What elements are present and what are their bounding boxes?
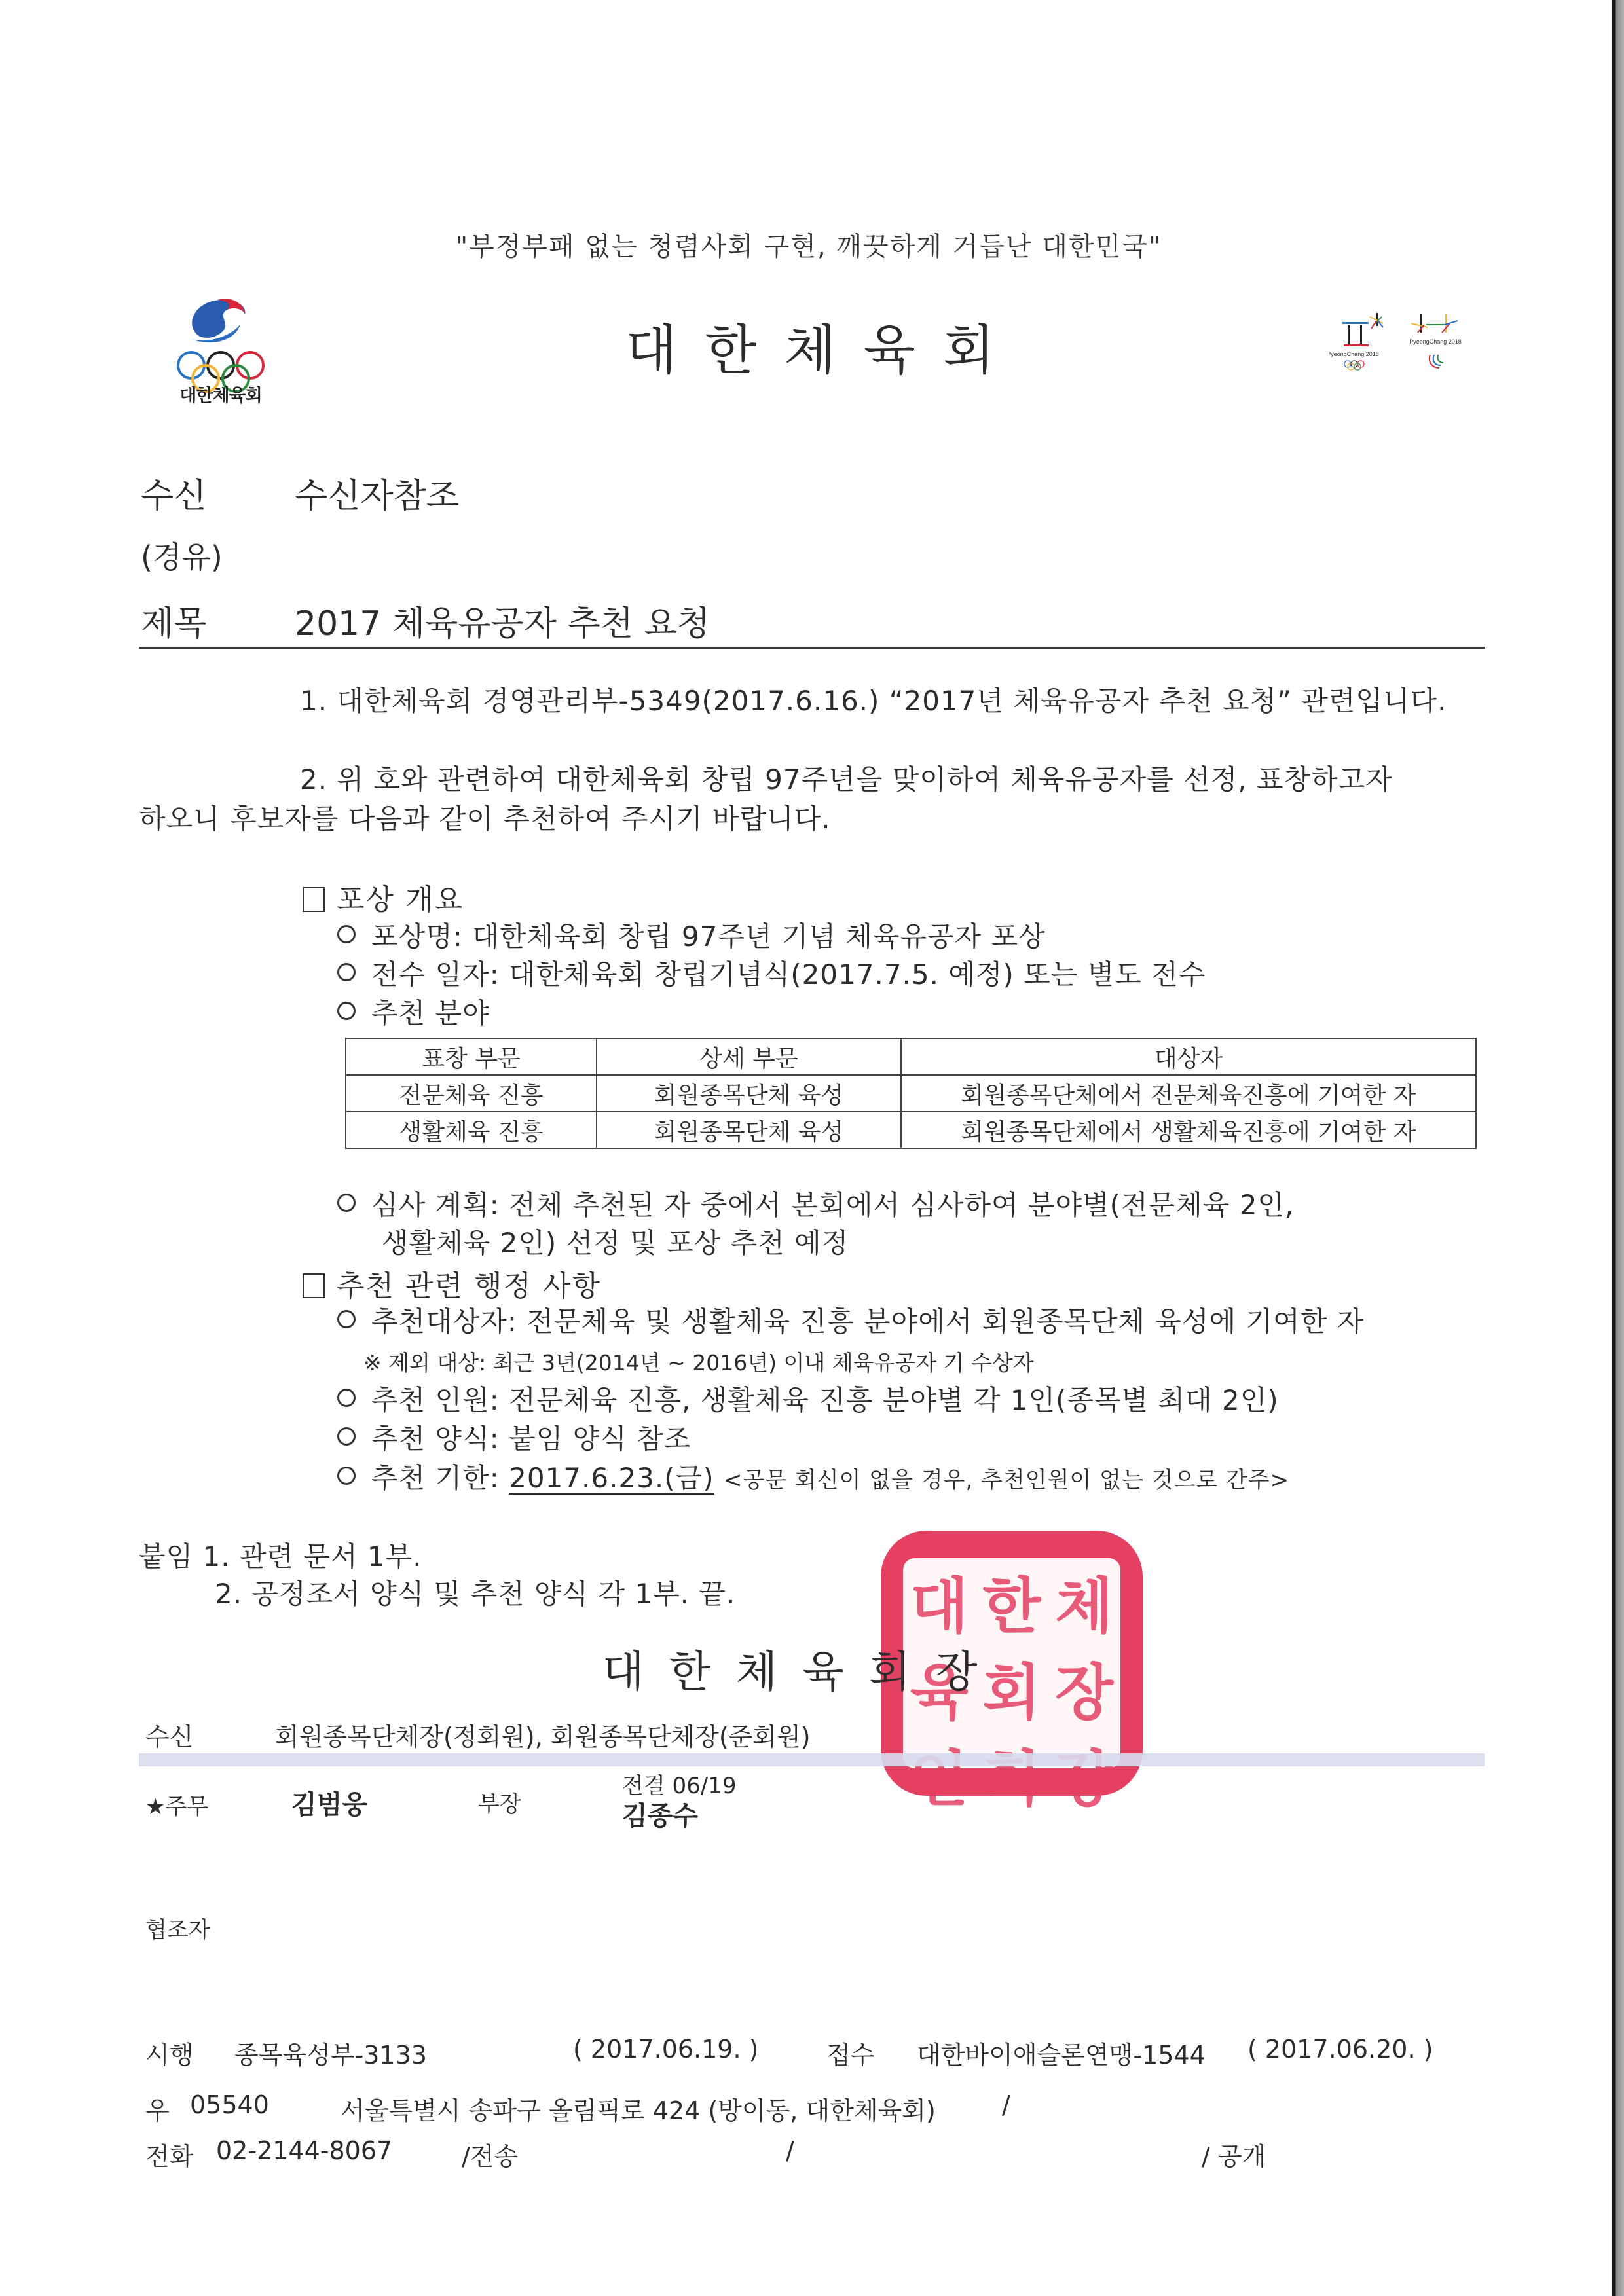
- cooperator-label: 협조자: [145, 1912, 210, 1944]
- list-item-text: 추천 인원: 전문체육 진흥, 생활체육 진흥 분야별 각 1인(종목별 최대 …: [371, 1384, 1279, 1416]
- list-item: 추천 인원: 전문체육 진흥, 생활체육 진흥 분야별 각 1인(종목별 최대 …: [337, 1379, 1279, 1418]
- section-title: 포상 개요: [337, 883, 464, 917]
- seal-char: 한: [976, 1558, 1048, 1645]
- body-paragraph-2-line-1: 2. 위 호와 관련하여 대한체육회 창립 97주년을 맞이하여 체육유공자를 …: [300, 758, 1393, 797]
- section-admin-matters: 추천 관련 행정 사항: [303, 1262, 601, 1304]
- pyeongchang-2018-logos-icon: PyeongChang 2018 PyeongChang 2018: [1329, 308, 1486, 386]
- subject-label: 제목: [141, 596, 206, 645]
- body-paragraph-2-line-2: 하오니 후보자를 다음과 같이 추천하여 주시기 바랍니다.: [139, 797, 831, 837]
- table-header-cell: 상세 부문: [597, 1038, 901, 1075]
- address: 서울특별시 송파구 올림픽로 424 (방이동, 대한체육회): [341, 2090, 936, 2126]
- list-item: 포상명: 대한체육회 창립 97주년 기념 체육유공자 포상: [337, 915, 1046, 955]
- table-cell: 회원종목단체 육성: [597, 1075, 901, 1112]
- exclusion-note: ※ 제외 대상: 최근 3년(2014년 ~ 2016년) 이내 체육유공자 기…: [363, 1346, 1034, 1377]
- award-category-table: 표창 부문 상세 부문 대상자 전문체육 진흥 회원종목단체 육성 회원종목단체…: [345, 1038, 1477, 1149]
- phone-number: 02-2144-8067: [216, 2136, 392, 2165]
- disclosure-status: / 공개: [1202, 2136, 1266, 2172]
- issue-date: ( 2017.06.19. ): [573, 2035, 758, 2064]
- svg-text:PyeongChang 2018: PyeongChang 2018: [1329, 351, 1379, 357]
- circle-bullet-icon: [337, 1427, 356, 1446]
- seal-char: 대: [903, 1558, 976, 1645]
- list-item-text: 포상명: 대한체육회 창립 97주년 기념 체육유공자 포상: [371, 920, 1046, 953]
- list-item-deadline: 추천 기한: 2017.6.23.(금) <공문 회신이 없을 경우, 추천인원…: [337, 1457, 1289, 1496]
- issue-number: 종목육성부-3133: [234, 2035, 427, 2071]
- staff-role-label: ★주무: [145, 1789, 208, 1821]
- table-header-row: 표창 부문 상세 부문 대상자: [346, 1038, 1476, 1075]
- table-header-cell: 대상자: [901, 1038, 1476, 1075]
- seal-char: 체: [1048, 1558, 1120, 1645]
- phone-label: 전화: [145, 2136, 193, 2172]
- receipt-number: 대한바이애슬론연맹-1544: [917, 2035, 1206, 2071]
- circle-bullet-icon: [337, 963, 356, 981]
- checkbox-square-icon: [303, 1273, 325, 1298]
- separator-band: [139, 1753, 1485, 1766]
- checkbox-square-icon: [303, 887, 325, 912]
- logo-label: 대한체육회: [172, 381, 270, 407]
- list-item-text: 심사 계획: 전체 추천된 자 중에서 본회에서 심사하여 분야별(전문체육 2…: [371, 1189, 1294, 1221]
- receipt-date: ( 2017.06.20. ): [1247, 2035, 1433, 2064]
- issue-label: 시행: [145, 2035, 193, 2071]
- circle-bullet-icon: [337, 1194, 356, 1212]
- distribution-label: 수신: [145, 1717, 193, 1753]
- distribution-list: 회원종목단체장(정회원), 회원종목단체장(준회원): [275, 1717, 811, 1753]
- head-role-label: 부장: [478, 1786, 521, 1818]
- pyeongchang-paralympic-logo-icon: PyeongChang 2018: [1409, 314, 1462, 368]
- address-separator: /: [1002, 2090, 1010, 2119]
- seal-char: 회: [976, 1731, 1048, 1817]
- list-item-text: 추천 양식: 붙임 양식 참조: [371, 1423, 691, 1455]
- list-item: 추천 양식: 붙임 양식 참조: [337, 1417, 691, 1457]
- recipient-label: 수신: [141, 468, 206, 517]
- circle-bullet-icon: [337, 925, 356, 943]
- circle-bullet-icon: [337, 1467, 356, 1485]
- staff-name: 김범웅: [291, 1784, 367, 1821]
- deadline-label: 추천 기한:: [371, 1462, 509, 1494]
- recipient-value: 수신자참조: [295, 468, 459, 517]
- receipt-label: 접수: [826, 2035, 874, 2071]
- svg-text:PyeongChang 2018: PyeongChang 2018: [1409, 338, 1462, 345]
- via-label: (경유): [141, 534, 223, 577]
- list-item-text: 추천 분야: [371, 997, 490, 1029]
- deadline-note: <공문 회신이 없을 경우, 추천인원이 없는 것으로 간주>: [724, 1467, 1289, 1493]
- table-cell: 전문체육 진흥: [346, 1075, 597, 1112]
- list-item-review-plan: 심사 계획: 전체 추천된 자 중에서 본회에서 심사하여 분야별(전문체육 2…: [337, 1184, 1294, 1223]
- circle-bullet-icon: [337, 1389, 356, 1407]
- fax-label: /전송: [462, 2136, 518, 2172]
- list-item: 추천대상자: 전문체육 및 생활체육 진흥 분야에서 회원종목단체 육성에 기여…: [337, 1300, 1364, 1339]
- table-cell: 회원종목단체에서 생활체육진흥에 기여한 자: [901, 1112, 1476, 1148]
- table-cell: 회원종목단체에서 전문체육진흥에 기여한 자: [901, 1075, 1476, 1112]
- table-row: 생활체육 진흥 회원종목단체 육성 회원종목단체에서 생활체육진흥에 기여한 자: [346, 1112, 1476, 1148]
- table-row: 전문체육 진흥 회원종목단체 육성 회원종목단체에서 전문체육진흥에 기여한 자: [346, 1075, 1476, 1112]
- postal-code: 05540: [190, 2090, 269, 2119]
- motto: "부정부패 없는 청렴사회 구현, 깨끗하게 거듭난 대한민국": [0, 226, 1617, 263]
- seal-char: 인: [903, 1731, 976, 1817]
- table-cell: 회원종목단체 육성: [597, 1112, 901, 1148]
- attachment-item: 1. 관련 문서 1부.: [203, 1540, 422, 1573]
- list-item-review-plan-continued: 생활체육 2인) 선정 및 포상 추천 예정: [382, 1222, 849, 1261]
- table-header-cell: 표창 부문: [346, 1038, 597, 1075]
- sender-signature: 대한체육회장: [602, 1637, 1003, 1699]
- head-name: 김종수: [622, 1795, 698, 1832]
- seal-char: 장: [1048, 1645, 1120, 1731]
- circle-bullet-icon: [337, 1002, 356, 1020]
- section-award-overview: 포상 개요: [303, 876, 464, 918]
- postal-label: 우: [145, 2090, 170, 2126]
- circle-bullet-icon: [337, 1310, 356, 1328]
- pyeongchang-olympic-logo-icon: PyeongChang 2018: [1329, 313, 1383, 370]
- email-separator: /: [786, 2136, 794, 2165]
- attachments: 붙임 1. 관련 문서 1부.: [139, 1535, 422, 1575]
- list-item: 추천 분야: [337, 992, 490, 1031]
- header-separator: [139, 647, 1485, 649]
- table-cell: 생활체육 진흥: [346, 1112, 597, 1148]
- deadline-date: 2017.6.23.(금): [509, 1462, 714, 1494]
- seal-char: 장: [1048, 1731, 1120, 1817]
- org-title: 대한체육회: [625, 308, 1022, 384]
- list-item-text: 추천대상자: 전문체육 및 생활체육 진흥 분야에서 회원종목단체 육성에 기여…: [371, 1305, 1364, 1338]
- list-item: 전수 일자: 대한체육회 창립기념식(2017.7.5. 예정) 또는 별도 전…: [337, 953, 1206, 993]
- subject-value: 2017 체육유공자 추천 요청: [295, 596, 710, 645]
- body-paragraph-1: 1. 대한체육회 경영관리부-5349(2017.6.16.) “2017년 체…: [300, 680, 1447, 719]
- section-title: 추천 관련 행정 사항: [337, 1269, 601, 1303]
- list-item-text: 전수 일자: 대한체육회 창립기념식(2017.7.5. 예정) 또는 별도 전…: [371, 958, 1206, 991]
- scan-edge-border: [1612, 0, 1624, 2296]
- attachments-label: 붙임: [139, 1540, 193, 1573]
- attachment-item: 2. 공정조서 양식 및 추천 양식 각 1부. 끝.: [215, 1573, 735, 1612]
